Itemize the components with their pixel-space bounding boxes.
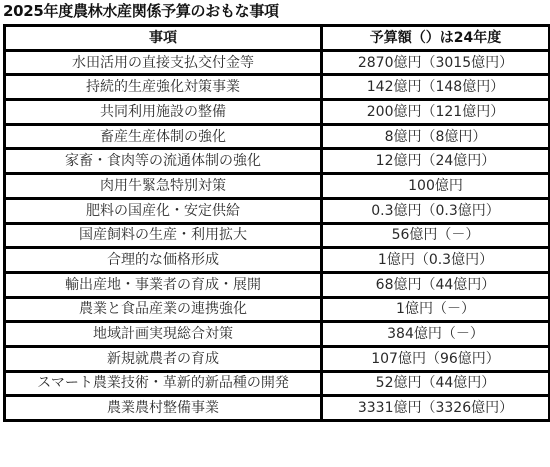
cell-item: 肉用牛緊急特別対策 [5,174,322,199]
cell-budget: 68億円（44億円） [322,272,550,297]
budget-table: 事項 予算額（）は24年度 水田活用の直接支払交付金等 2870億円（3015億… [3,24,550,422]
cell-item: 新規就農者の育成 [5,346,322,371]
table-row: 新規就農者の育成 107億円（96億円） [5,346,550,371]
cell-budget: 56億円（－） [322,223,550,248]
document-title: 2025年度農林水産関係予算のおもな事項 [3,0,279,22]
cell-item: 地域計画実現総合対策 [5,322,322,347]
table-row: 共同利用施設の整備 200億円（121億円） [5,100,550,125]
cell-item: 共同利用施設の整備 [5,100,322,125]
cell-item: 国産飼料の生産・利用拡大 [5,223,322,248]
table-row: 輸出産地・事業者の育成・展開 68億円（44億円） [5,272,550,297]
cell-budget: 1億円（－） [322,297,550,322]
cell-item: 持続的生産強化対策事業 [5,75,322,100]
cell-budget: 100億円 [322,174,550,199]
header-item: 事項 [5,26,322,51]
cell-item: 農業農村整備事業 [5,396,322,421]
cell-item: 肥料の国産化・安定供給 [5,198,322,223]
cell-item: 水田活用の直接支払交付金等 [5,50,322,75]
table-row: 農業と食品産業の連携強化 1億円（－） [5,297,550,322]
cell-budget: 0.3億円（0.3億円） [322,198,550,223]
header-budget: 予算額（）は24年度 [322,26,550,51]
cell-budget: 107億円（96億円） [322,346,550,371]
table-row: スマート農業技術・革新的新品種の開発 52億円（44億円） [5,371,550,396]
cell-item: 合理的な価格形成 [5,248,322,273]
table-row: 農業農村整備事業 3331億円（3326億円） [5,396,550,421]
cell-budget: 2870億円（3015億円） [322,50,550,75]
cell-budget: 200億円（121億円） [322,100,550,125]
cell-item: 農業と食品産業の連携強化 [5,297,322,322]
table-row: 家畜・食肉等の流通体制の強化 12億円（24億円） [5,149,550,174]
cell-budget: 1億円（0.3億円） [322,248,550,273]
cell-budget: 384億円（－） [322,322,550,347]
table-row: 肥料の国産化・安定供給 0.3億円（0.3億円） [5,198,550,223]
table-row: 持続的生産強化対策事業 142億円（148億円） [5,75,550,100]
cell-item: 畜産生産体制の強化 [5,124,322,149]
cell-item: 家畜・食肉等の流通体制の強化 [5,149,322,174]
cell-budget: 142億円（148億円） [322,75,550,100]
table-row: 国産飼料の生産・利用拡大 56億円（－） [5,223,550,248]
table-row: 合理的な価格形成 1億円（0.3億円） [5,248,550,273]
cell-item: 輸出産地・事業者の育成・展開 [5,272,322,297]
table-row: 畜産生産体制の強化 8億円（8億円） [5,124,550,149]
table-header-row: 事項 予算額（）は24年度 [5,26,550,51]
cell-item: スマート農業技術・革新的新品種の開発 [5,371,322,396]
table-row: 水田活用の直接支払交付金等 2870億円（3015億円） [5,50,550,75]
cell-budget: 52億円（44億円） [322,371,550,396]
table-row: 肉用牛緊急特別対策 100億円 [5,174,550,199]
cell-budget: 12億円（24億円） [322,149,550,174]
cell-budget: 3331億円（3326億円） [322,396,550,421]
cell-budget: 8億円（8億円） [322,124,550,149]
table-row: 地域計画実現総合対策 384億円（－） [5,322,550,347]
